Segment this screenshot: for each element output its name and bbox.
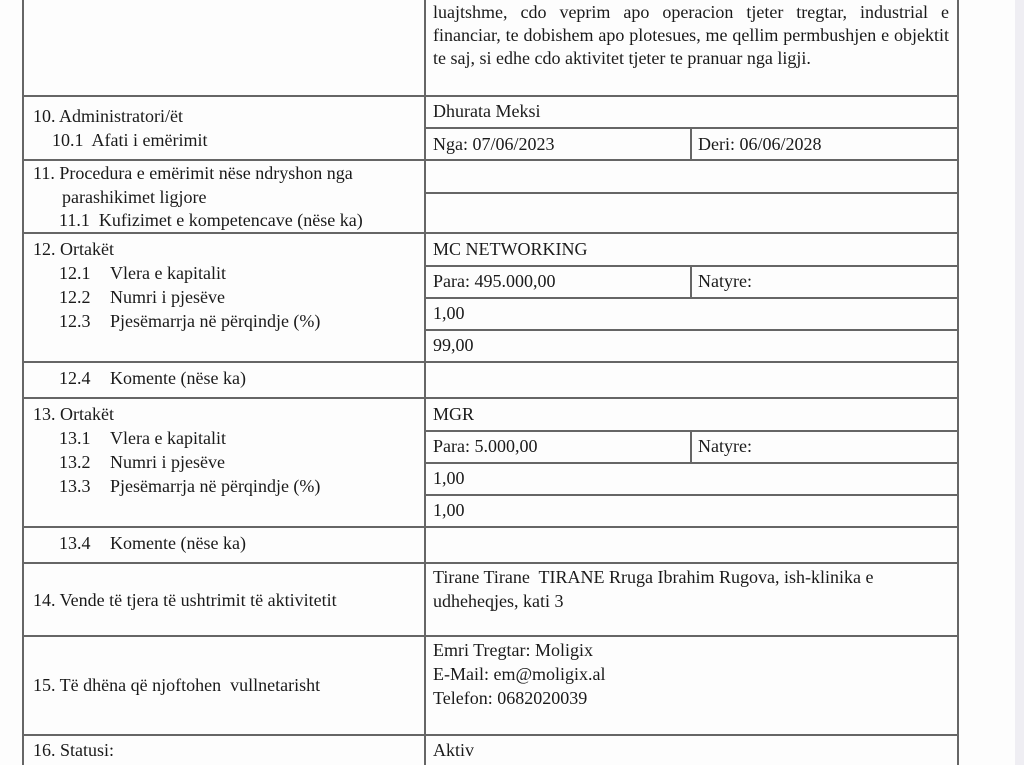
registry-extract-table: luajtshme, cdo veprim apo operacion tjet… — [0, 0, 1015, 765]
shares-value-13: 1,00 — [433, 466, 465, 490]
capital-in-kind-12: Natyre: — [698, 269, 752, 293]
appointment-term-label: 10.1 Afati i emërimit — [52, 128, 207, 152]
comments-label-13: Komente (nëse ka) — [110, 531, 246, 555]
row-border — [22, 562, 959, 564]
other-locations-label: 14. Vende të tjera të ushtrimit të aktiv… — [33, 588, 337, 612]
partner-name-12: MC NETWORKING — [433, 237, 588, 261]
cell-border — [424, 265, 959, 267]
capital-value-label-12: Vlera e kapitalit — [110, 261, 226, 285]
comments-num-13: 13.4 — [59, 531, 91, 555]
status-label: 16. Statusi: — [33, 738, 114, 762]
partners-label-12: 12. Ortakët — [33, 237, 114, 261]
phone-number: Telefon: 0682020039 — [433, 686, 587, 710]
row-border — [22, 95, 959, 97]
cell-border — [424, 462, 959, 464]
table-right-border — [957, 0, 959, 765]
other-locations-address-cont: udheheqjes, kati 3 — [433, 589, 563, 613]
row-border — [22, 526, 959, 528]
appointment-procedure-label-cont: parashikimet ligjore — [62, 185, 206, 209]
row-border — [22, 397, 959, 399]
competence-limits-label: 11.1 Kufizimet e kompetencave (nëse ka) — [59, 208, 363, 232]
page-margin-strip — [1015, 0, 1024, 765]
capital-cash-12: Para: 495.000,00 — [433, 269, 555, 293]
shares-label-12: Numri i pjesëve — [110, 285, 225, 309]
other-locations-address: Tirane Tirane TIRANE Rruga Ibrahim Rugov… — [433, 565, 873, 589]
trade-name: Emri Tregtar: Moligix — [433, 638, 593, 662]
shares-label-13: Numri i pjesëve — [110, 450, 225, 474]
row-border — [22, 635, 959, 637]
capital-in-kind-13: Natyre: — [698, 434, 752, 458]
shares-value-12: 1,00 — [433, 301, 465, 325]
cell-border — [424, 494, 959, 496]
percent-num-13: 13.3 — [59, 474, 91, 498]
cell-border — [424, 329, 959, 331]
comments-num-12: 12.4 — [59, 366, 91, 390]
term-to-date: Deri: 06/06/2028 — [698, 132, 822, 156]
shares-num-13: 13.2 — [59, 450, 91, 474]
appointment-procedure-label: 11. Procedura e emërimit nëse ndryshon n… — [33, 161, 353, 185]
table-left-border — [22, 0, 24, 765]
object-of-activity-text: luajtshme, cdo veprim apo operacion tjet… — [433, 1, 949, 70]
capital-cash-13: Para: 5.000,00 — [433, 434, 537, 458]
email-address[interactable]: E-Mail: em@moligix.al — [433, 662, 606, 686]
capital-value-num-12: 12.1 — [59, 261, 91, 285]
column-divider — [424, 0, 426, 765]
percent-value-13: 1,00 — [433, 498, 465, 522]
shares-num-12: 12.2 — [59, 285, 91, 309]
status-value: Aktiv — [433, 738, 474, 762]
cell-border — [424, 430, 959, 432]
cell-border — [424, 297, 959, 299]
partners-label-13: 13. Ortakët — [33, 402, 114, 426]
administrators-label: 10. Administratori/ët — [33, 104, 183, 128]
comments-label-12: Komente (nëse ka) — [110, 366, 246, 390]
row-border — [22, 361, 959, 363]
capital-split-divider-13 — [690, 430, 692, 462]
capital-split-divider-12 — [690, 265, 692, 297]
capital-value-label-13: Vlera e kapitalit — [110, 426, 226, 450]
partner-name-13: MGR — [433, 402, 474, 426]
date-split-divider — [690, 127, 692, 159]
row-border — [22, 734, 959, 736]
percent-num-12: 12.3 — [59, 309, 91, 333]
cell-border — [424, 127, 959, 129]
percent-label-13: Pjesëmarrja në përqindje (%) — [110, 474, 320, 498]
term-from-date: Nga: 07/06/2023 — [433, 132, 555, 156]
percent-value-12: 99,00 — [433, 333, 474, 357]
percent-label-12: Pjesëmarrja në përqindje (%) — [110, 309, 320, 333]
capital-value-num-13: 13.1 — [59, 426, 91, 450]
voluntary-data-label: 15. Të dhëna që njoftohen vullnetarisht — [33, 673, 320, 697]
row-border — [22, 232, 959, 234]
cell-border — [424, 192, 959, 194]
administrator-name: Dhurata Meksi — [433, 99, 540, 123]
